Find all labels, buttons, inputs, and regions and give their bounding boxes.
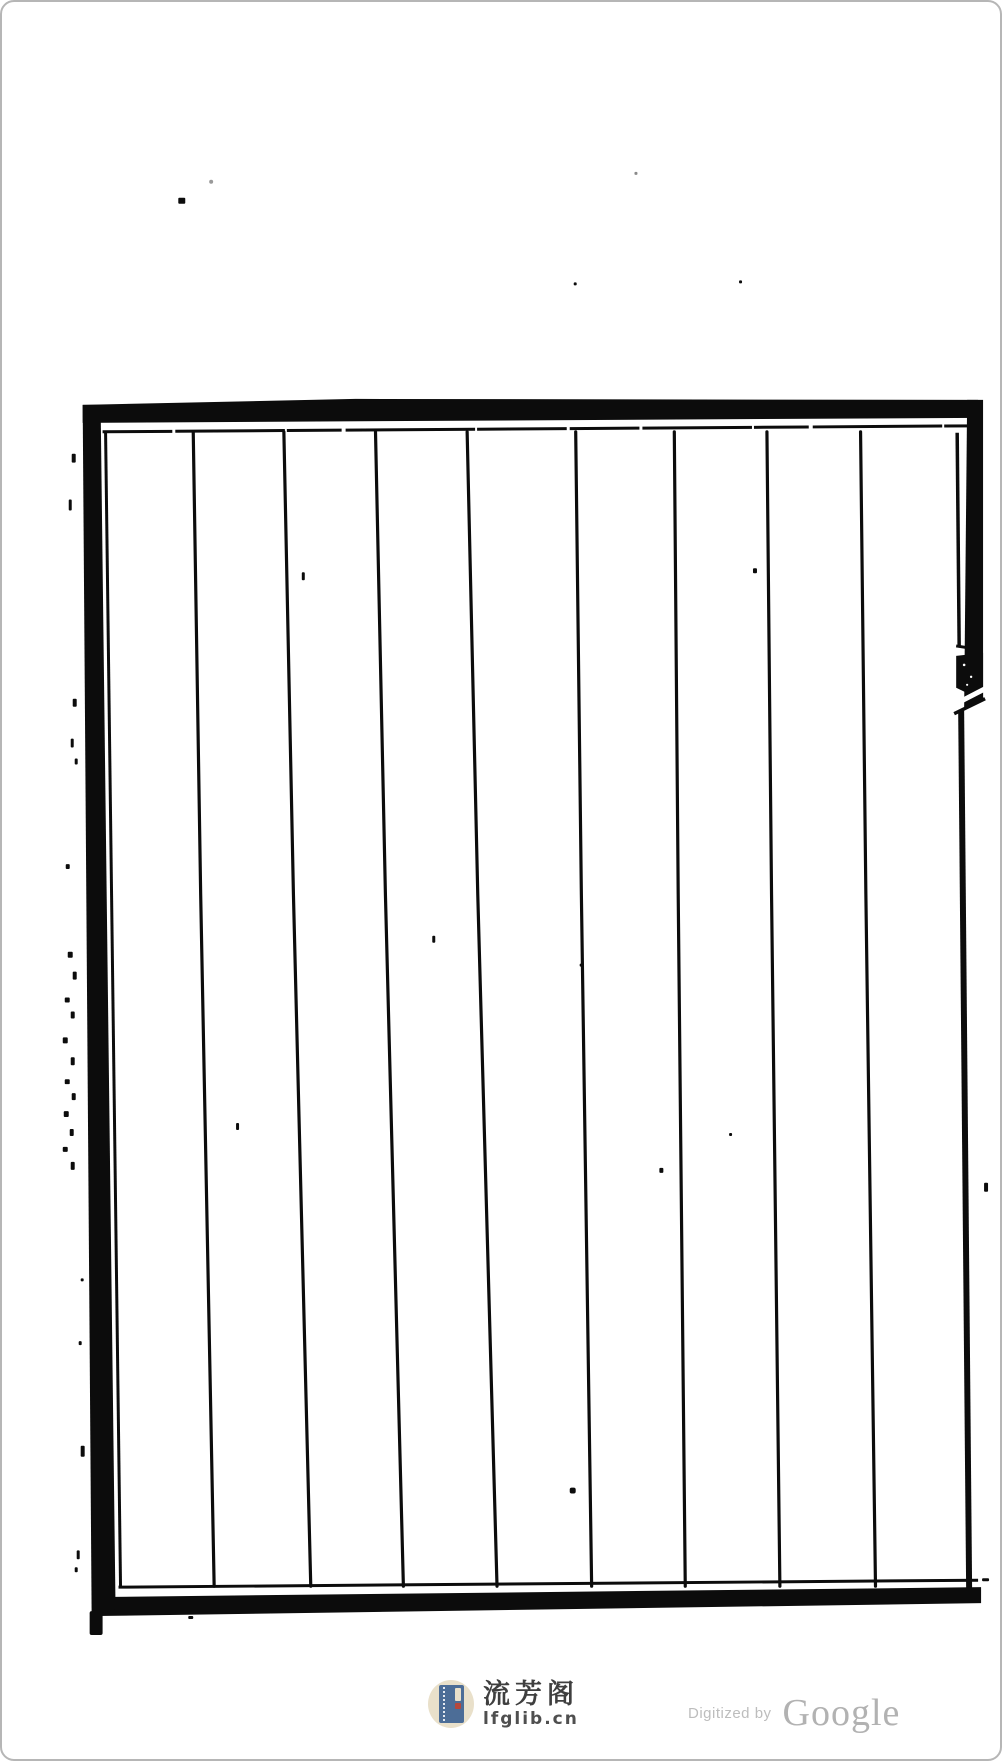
outer-border: [83, 399, 983, 1635]
ruled-lines: [193, 432, 875, 1586]
ruled-column-line: [193, 432, 214, 1586]
book-label-decoration: [455, 1688, 461, 1701]
left-edge-marks: [63, 454, 85, 1573]
page-frame-graphic: [2, 2, 1000, 1759]
digitized-by-label: Digitized by: [688, 1705, 772, 1722]
google-logo: Google: [783, 1694, 901, 1732]
watermark-url: lfglib.cn: [483, 1711, 579, 1728]
scanned-page: 流芳阁 lfglib.cn Digitized by Google: [0, 0, 1002, 1761]
fishtail-mark: [954, 653, 985, 714]
ruled-column-line: [576, 432, 592, 1586]
ruled-column-line: [674, 432, 685, 1586]
ruled-column-line: [467, 432, 497, 1586]
watermark-text: 流芳阁 lfglib.cn: [483, 1681, 579, 1728]
inner-border: [103, 426, 978, 1587]
book-icon: [439, 1685, 464, 1723]
ruled-column-line: [767, 432, 780, 1586]
google-credit: Digitized by Google: [688, 1694, 900, 1732]
book-stitch-decoration: [443, 1687, 445, 1721]
ruled-column-line: [376, 432, 404, 1586]
lfglib-watermark: 流芳阁 lfglib.cn: [428, 1680, 579, 1728]
lfglib-logo-badge: [428, 1680, 474, 1728]
watermark-title: 流芳阁: [483, 1681, 579, 1708]
ruled-column-line: [284, 432, 311, 1586]
ruled-column-line: [861, 432, 876, 1586]
book-seal-decoration: [455, 1703, 461, 1709]
